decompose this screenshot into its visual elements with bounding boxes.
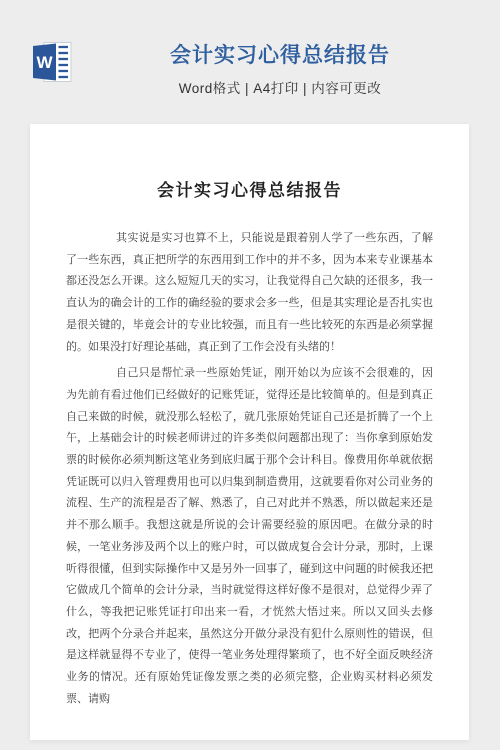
word-icon-letter: W	[36, 53, 53, 72]
template-title: 会计实习心得总结报告	[60, 44, 500, 68]
document-preview-page: 会计实习心得总结报告 其实说是实习也算不上，只能说是跟着别人学了一些东西，了解了…	[30, 124, 469, 740]
doc-paragraph: 自己只是帮忙录一些原始凭证，刚开始以为应该不会很难的，因为先前有看过他们已经做好…	[66, 363, 433, 710]
page-background: { "header": { "title": "会计实习心得总结报告", "su…	[0, 0, 500, 750]
header-text: 会计实习心得总结报告 Word格式 | A4打印 | 内容可更改	[60, 44, 500, 97]
document-body: 其实说是实习也算不上，只能说是跟着别人学了一些东西，了解了一些东西，真正把所学的…	[66, 228, 433, 710]
doc-paragraph: 其实说是实习也算不上，只能说是跟着别人学了一些东西，了解了一些东西，真正把所学的…	[66, 228, 433, 358]
template-subtitle: Word格式 | A4打印 | 内容可更改	[60, 77, 500, 97]
header: W 会计实习心得总结报告 Word格式 | A4打印 | 内容可更改	[0, 0, 500, 124]
document-title: 会计实习心得总结报告	[66, 176, 433, 201]
